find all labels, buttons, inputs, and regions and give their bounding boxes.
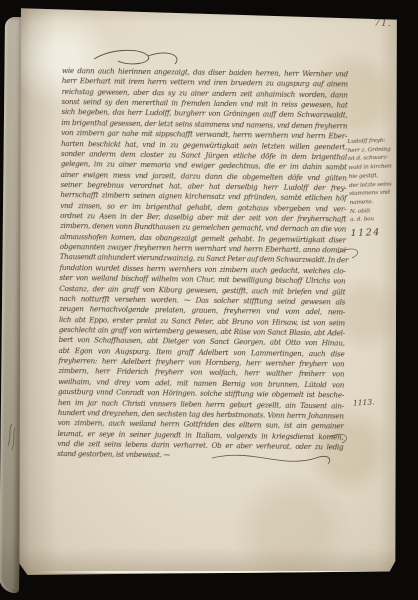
manuscript-photo-backdrop: 71. wie dann auch hierinnen angezaigt, d…	[0, 0, 418, 600]
manuscript-page: 71. wie dann auch hierinnen angezaigt, d…	[16, 6, 398, 576]
line-end-swash	[330, 434, 346, 443]
closing-flourish	[212, 455, 330, 464]
opening-flourish	[94, 50, 177, 64]
margin-swash	[338, 249, 358, 258]
pen-flourishes	[16, 6, 398, 576]
